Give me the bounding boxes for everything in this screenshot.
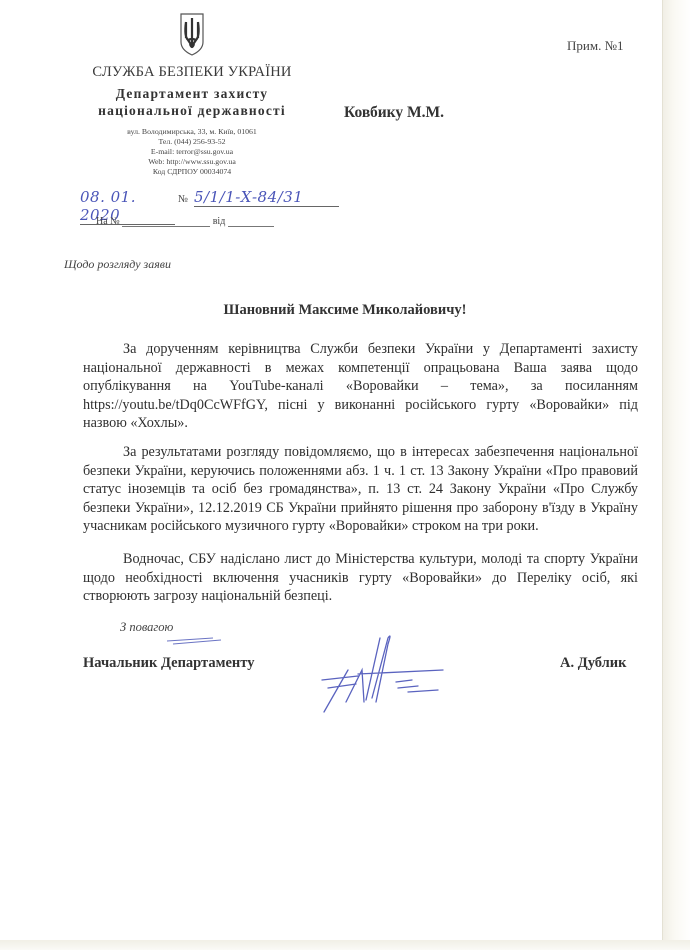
pen-stroke-icon [165,635,225,645]
recipient: Ковбику М.М. [344,104,444,122]
department-name-line2: національної державності [62,102,322,119]
phone: Тел. (044) 256-93-52 [62,137,322,147]
reply-from-label: від [213,216,226,227]
registration-line: 08. 01. 2020 № 5/1/1-Х-84/31 [80,190,340,210]
address: вул. Володимирська, 33, м. Київ, 01061 [62,127,322,137]
body-paragraph-1: За дорученням керівництва Служби безпеки… [83,340,638,433]
handwritten-signature-icon [318,630,448,715]
registration-number-label: № [178,194,188,205]
edrpou-code: Код СДРПОУ 00034074 [62,167,322,177]
signatory-name: А. Дублик [560,655,627,672]
body-paragraph-3: Водночас, СБУ надіслано лист до Міністер… [83,550,638,606]
annex-note: Прим. №1 [567,38,623,54]
email: E-mail: terror@ssu.gov.ua [62,147,322,157]
body-paragraph-2: За результатами розгляду повідомляємо, щ… [83,443,638,536]
reply-to-blank [122,215,210,227]
paper-edge-bottom [0,940,690,950]
subject-line: Щодо розгляду заяви [64,257,171,272]
salutation: Шановний Максиме Миколайовичу! [0,302,690,319]
paper-edge-right [662,0,690,950]
reply-to-label: На № [96,216,120,227]
reply-from-blank [228,215,274,227]
organization-name: СЛУЖБА БЕЗПЕКИ УКРАЇНИ [62,64,322,81]
reply-reference-line: На № від [96,215,274,227]
department-name-line1: Департамент захисту [62,85,322,102]
letter-page: Прим. №1 СЛУЖБА БЕЗПЕКИ УКРАЇНИ Департам… [0,0,662,942]
closing: З повагою [120,620,173,635]
registration-number: 5/1/1-Х-84/31 [194,188,339,207]
contact-block: вул. Володимирська, 33, м. Київ, 01061 Т… [62,127,322,177]
tryzub-coat-of-arms-icon [179,12,205,56]
signatory-position: Начальник Департаменту [83,655,254,672]
website: Web: http://www.ssu.gov.ua [62,157,322,167]
letterhead: СЛУЖБА БЕЗПЕКИ УКРАЇНИ Департамент захис… [62,12,322,177]
